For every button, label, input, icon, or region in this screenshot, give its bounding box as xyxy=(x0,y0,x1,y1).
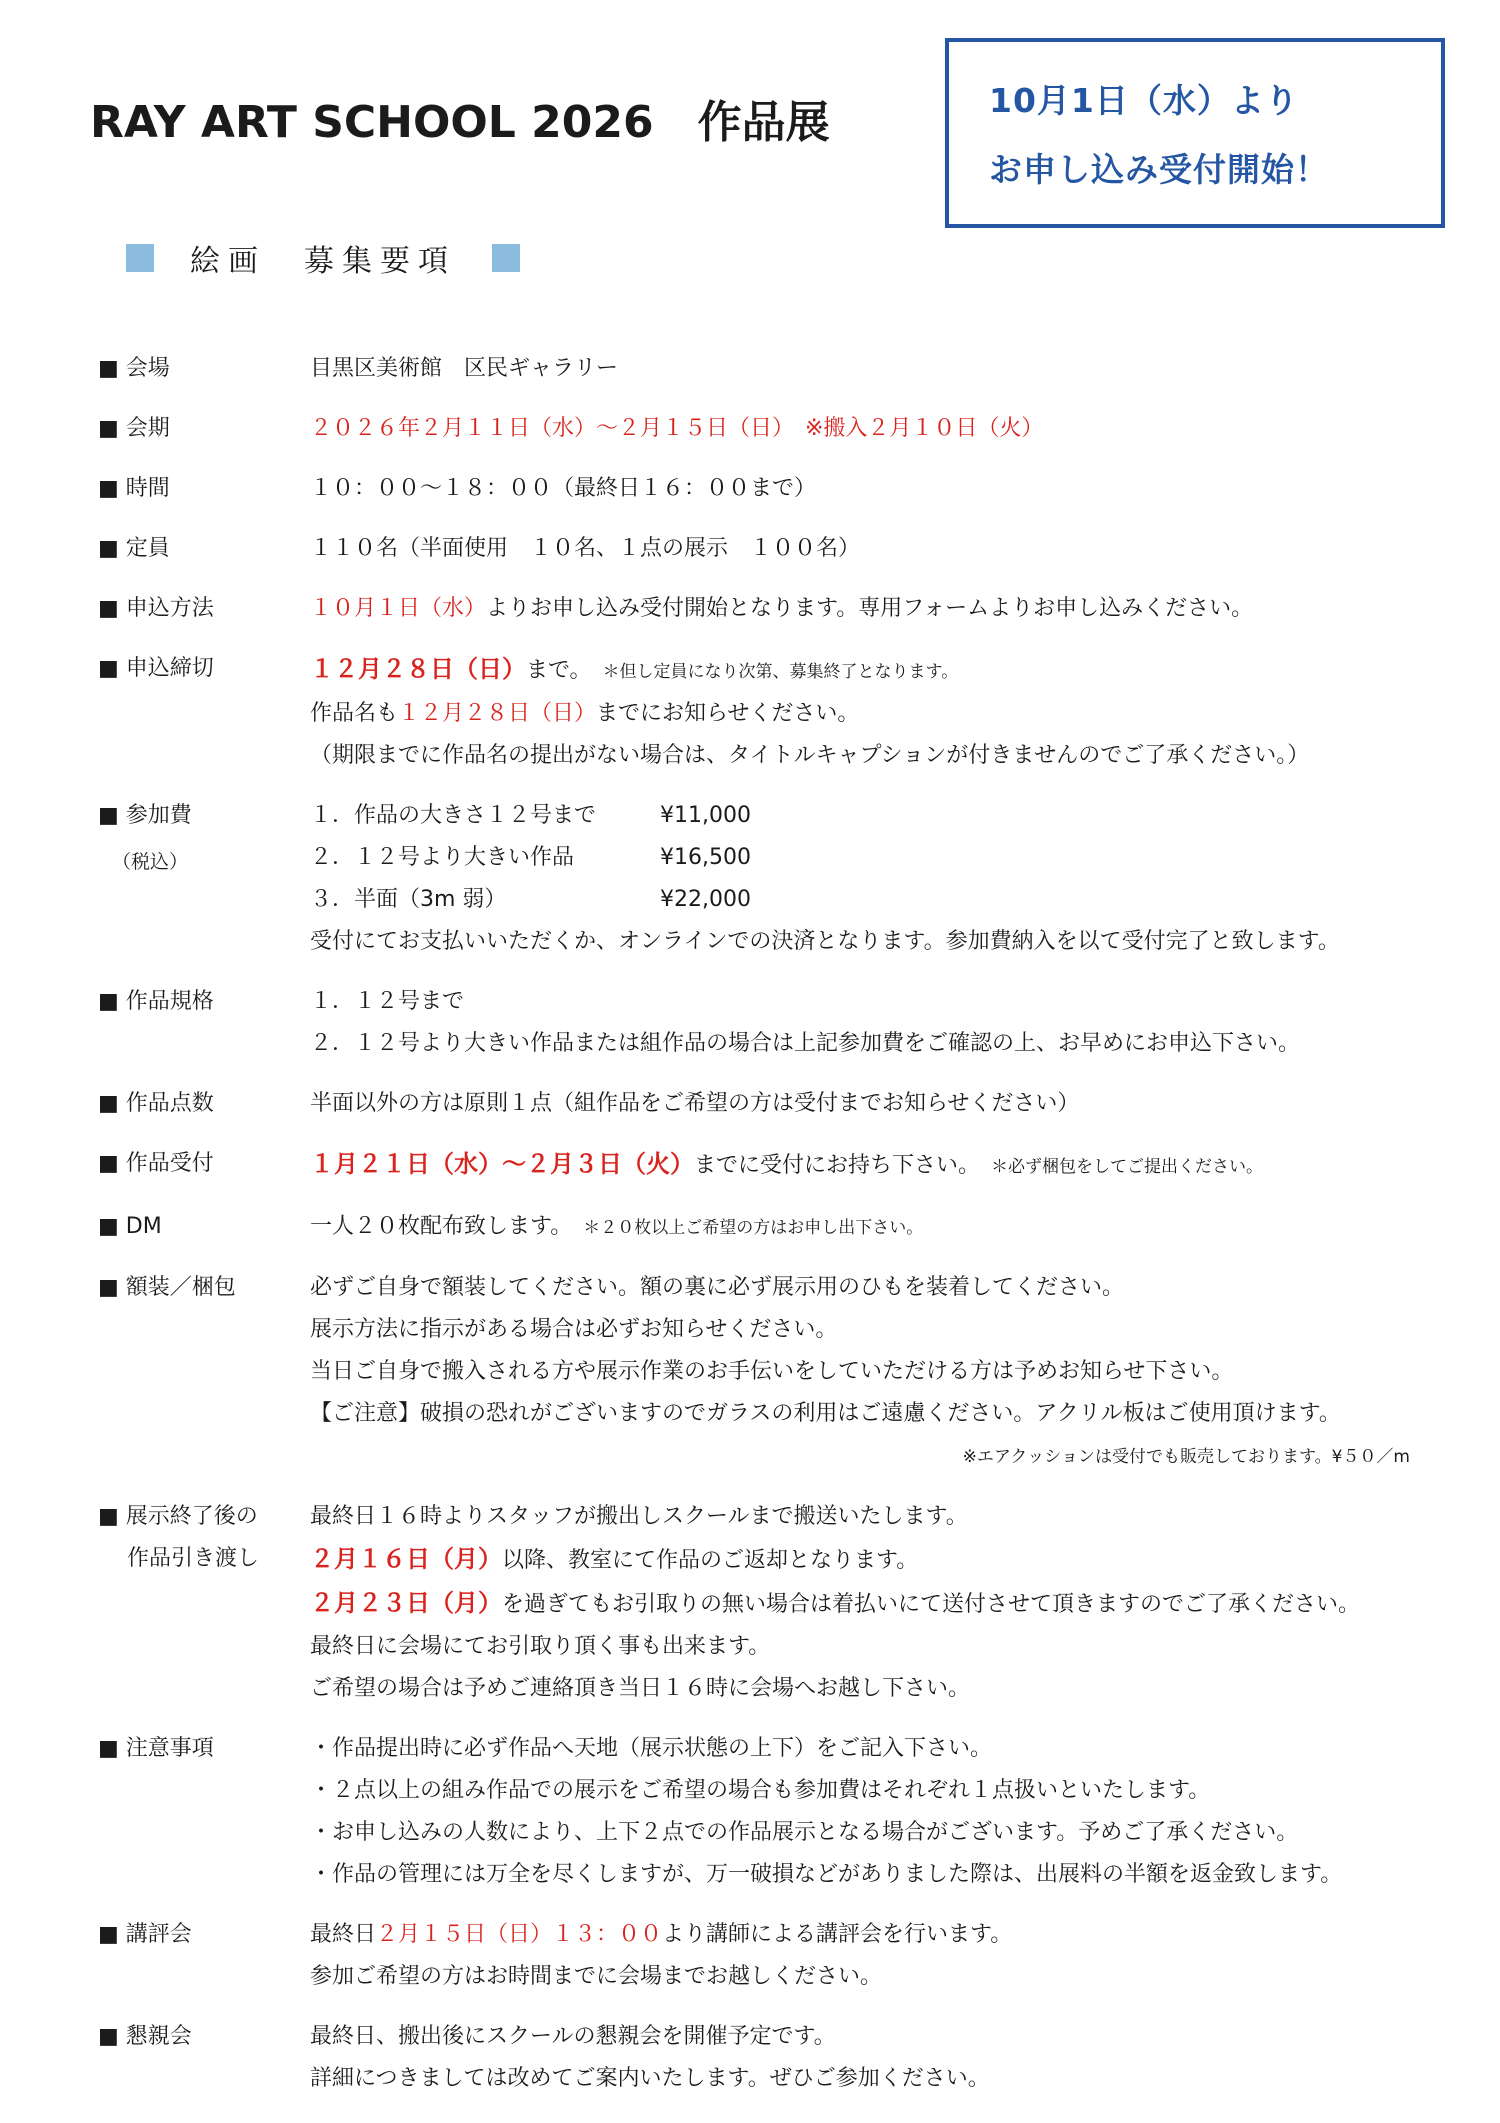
guideline-row: ■ 申込方法１０月１日（水）よりお申し込み受付開始となります。専用フォームよりお… xyxy=(90,594,1410,636)
notice-box-line-1: 10月1日（水）より xyxy=(989,75,1441,122)
row-sublabel: （税込） xyxy=(98,847,310,874)
guideline-row: ■ 額装／梱包必ずご自身で額装してください。額の裏に必ず展示用のひもを装着してく… xyxy=(90,1273,1410,1484)
row-label-line: ■ 会期 xyxy=(98,414,310,444)
row-content: １１０名（半面使用 １０名、１点の展示 １００名） xyxy=(310,534,1410,576)
text-segment: を過ぎてもお引取りの無い場合は着払いにて送付させて頂きますのでご了承ください。 xyxy=(502,1592,1360,1617)
row-content: ２０２６年２月１１日（水）～２月１５日（日） ※搬入２月１０日（火） xyxy=(310,414,1410,456)
guideline-row: ■ 作品規格１．１２号まで２．１２号より大きい作品または組作品の場合は上記参加費… xyxy=(90,987,1410,1071)
text-segment: 最終日、搬出後にスクールの懇親会を開催予定です。 xyxy=(310,2024,836,2049)
row-label: ■ 作品規格 xyxy=(98,987,310,1071)
content-line: １１０名（半面使用 １０名、１点の展示 １００名） xyxy=(310,534,1410,564)
guideline-row: ■ 講評会最終日２月１５日（日）１３：００より講師による講評会を行います。参加ご… xyxy=(90,1920,1410,2004)
text-segment: 作品名も xyxy=(310,701,398,726)
row-label-line: ■ 時間 xyxy=(98,474,310,504)
text-segment: ２月１５日（日）１３：００ xyxy=(376,1922,662,1947)
text-segment: １月２１日（水）～２月３日（火） xyxy=(310,1150,694,1178)
document-page: RAY ART SCHOOL 2026 作品展 10月1日（水）より お申し込み… xyxy=(0,0,1500,2123)
text-segment: 詳細につきましては改めてご案内いたします。ぜひご参加ください。 xyxy=(310,2066,990,2091)
text-segment: 受付にてお支払いいただくか、オンラインでの決済となります。参加費納入を以て受付完… xyxy=(310,929,1340,954)
row-label-line: 作品引き渡し xyxy=(98,1544,310,1574)
guideline-row: ■ 会場目黒区美術館 区民ギャラリー xyxy=(90,354,1410,396)
row-label-line: ■ 注意事項 xyxy=(98,1734,310,1764)
row-label: ■ 額装／梱包 xyxy=(98,1273,310,1484)
text-segment: （期限までに作品名の提出がない場合は、タイトルキャプションが付きませんのでご了承… xyxy=(310,743,1309,768)
content-line: 最終日１６時よりスタッフが搬出しスクールまで搬送いたします。 xyxy=(310,1502,1410,1532)
row-label: ■ 申込方法 xyxy=(98,594,310,636)
content-line: １０：００～１８：００（最終日１６：００まで） xyxy=(310,474,1410,504)
row-content: １月２１日（水）～２月３日（火）までに受付にお持ち下さい。 ＊必ず梱包をしてご提… xyxy=(310,1149,1410,1194)
text-segment: 目黒区美術館 区民ギャラリー xyxy=(310,356,618,381)
section-heading-label: 絵画 募集要項 xyxy=(190,236,456,280)
content-line: ２．１２号より大きい作品¥16,500 xyxy=(310,843,1410,873)
content-line: 必ずご自身で額装してください。額の裏に必ず展示用のひもを装着してください。 xyxy=(310,1273,1410,1303)
text-segment: ・作品の管理には万全を尽くしますが、万一破損などがありました際は、出展料の半額を… xyxy=(310,1862,1342,1887)
content-line: １．１２号まで xyxy=(310,987,1410,1017)
row-label-line: ■ 申込締切 xyxy=(98,654,310,684)
text-segment: 当日ご自身で搬入される方や展示作業のお手伝いをしていただける方は予めお知らせ下さ… xyxy=(310,1359,1233,1384)
text-segment: ２月２３日（月） xyxy=(310,1589,502,1617)
notice-box: 10月1日（水）より お申し込み受付開始！ xyxy=(945,38,1445,228)
row-label: ■ 注意事項 xyxy=(98,1734,310,1902)
text-segment: １．１２号まで xyxy=(310,989,464,1014)
heading-square-icon xyxy=(126,244,154,272)
text-segment: １２月２８日（日） xyxy=(398,701,596,726)
content-line: １月２１日（水）～２月３日（火）までに受付にお持ち下さい。 ＊必ず梱包をしてご提… xyxy=(310,1149,1410,1182)
content-line: ・お申し込みの人数により、上下２点での作品展示となる場合がございます。予めご了承… xyxy=(310,1818,1410,1848)
row-label: ■ 申込締切 xyxy=(98,654,310,783)
guideline-row: ■ 参加費（税込）１．作品の大きさ１２号まで¥11,000２．１２号より大きい作… xyxy=(90,801,1410,969)
guideline-row: ■ 時間１０：００～１８：００（最終日１６：００まで） xyxy=(90,474,1410,516)
row-label-line: ■ 申込方法 xyxy=(98,594,310,624)
content-line: 最終日、搬出後にスクールの懇親会を開催予定です。 xyxy=(310,2022,1410,2052)
row-content: １２月２８日（日）まで。 ＊但し定員になり次第、募集終了となります。作品名も１２… xyxy=(310,654,1410,783)
text-segment: ＊必ず梱包をしてご提出ください。 xyxy=(991,1157,1263,1177)
text-segment: １．作品の大きさ１２号まで xyxy=(310,801,660,831)
text-segment: 必ずご自身で額装してください。額の裏に必ず展示用のひもを装着してください。 xyxy=(310,1275,1124,1300)
notice-box-line-2: お申し込み受付開始！ xyxy=(989,144,1441,191)
row-label-line: ■ 作品受付 xyxy=(98,1149,310,1179)
row-label: ■ 展示終了後の 作品引き渡し xyxy=(98,1502,310,1716)
row-label-line: ■ 作品点数 xyxy=(98,1089,310,1119)
content-line: 目黒区美術館 区民ギャラリー xyxy=(310,354,1410,384)
text-segment: ＊２０枚以上ご希望の方はお申し出下さい。 xyxy=(583,1218,923,1238)
content-line: ２０２６年２月１１日（水）～２月１５日（日） ※搬入２月１０日（火） xyxy=(310,414,1410,444)
text-segment: ¥16,500 xyxy=(660,845,751,870)
row-label: ■ 作品受付 xyxy=(98,1149,310,1194)
content-line: 半面以外の方は原則１点（組作品をご希望の方は受付までお知らせください） xyxy=(310,1089,1410,1119)
content-line: ・作品提出時に必ず作品へ天地（展示状態の上下）をご記入下さい。 xyxy=(310,1734,1410,1764)
row-content: 目黒区美術館 区民ギャラリー xyxy=(310,354,1410,396)
text-segment: 参加ご希望の方はお時間までに会場までお越しください。 xyxy=(310,1964,882,1989)
content-line: １２月２８日（日）まで。 ＊但し定員になり次第、募集終了となります。 xyxy=(310,654,1410,687)
row-label-line: ■ 展示終了後の xyxy=(98,1502,310,1532)
text-segment: １２月２８日（日） xyxy=(310,655,526,683)
text-segment: ¥11,000 xyxy=(660,803,751,828)
row-label-line: ■ 額装／梱包 xyxy=(98,1273,310,1303)
text-segment: 展示方法に指示がある場合は必ずお知らせください。 xyxy=(310,1317,837,1342)
guideline-row: ■ 展示終了後の 作品引き渡し最終日１６時よりスタッフが搬出しスクールまで搬送い… xyxy=(90,1502,1410,1716)
row-content: 最終日２月１５日（日）１３：００より講師による講評会を行います。参加ご希望の方は… xyxy=(310,1920,1410,2004)
content-line: 【ご注意】破損の恐れがございますのでガラスの利用はご遠慮ください。アクリル板はご… xyxy=(310,1399,1410,1429)
content-line: 作品名も１２月２８日（日）までにお知らせください。 xyxy=(310,699,1410,729)
row-content: ・作品提出時に必ず作品へ天地（展示状態の上下）をご記入下さい。・２点以上の組み作… xyxy=(310,1734,1410,1902)
text-segment: ２月１６日（月） xyxy=(310,1545,502,1573)
content-line: ・２点以上の組み作品での展示をご希望の場合も参加費はそれぞれ１点扱いといたします… xyxy=(310,1776,1410,1806)
content-line: ご希望の場合は予めご連絡頂き当日１６時に会場へお越し下さい。 xyxy=(310,1674,1410,1704)
guideline-row: ■ 注意事項・作品提出時に必ず作品へ天地（展示状態の上下）をご記入下さい。・２点… xyxy=(90,1734,1410,1902)
row-label-line: ■ 作品規格 xyxy=(98,987,310,1017)
row-label-line: ■ 会場 xyxy=(98,354,310,384)
text-segment: ・２点以上の組み作品での展示をご希望の場合も参加費はそれぞれ１点扱いといたします… xyxy=(310,1778,1210,1803)
row-label: ■ 作品点数 xyxy=(98,1089,310,1131)
text-segment: ご希望の場合は予めご連絡頂き当日１６時に会場へお越し下さい。 xyxy=(310,1676,970,1701)
text-segment: 一人２０枚配布致します。 xyxy=(310,1214,583,1239)
text-segment: より講師による講評会を行います。 xyxy=(662,1922,1012,1947)
content-line: ※エアクッションは受付でも販売しております。¥５０／m xyxy=(310,1441,1410,1472)
content-line: 最終日に会場にてお引取り頂く事も出来ます。 xyxy=(310,1632,1410,1662)
content-line: ３．半面（3m 弱）¥22,000 xyxy=(310,885,1410,915)
text-segment: ３．半面（3m 弱） xyxy=(310,885,660,915)
guideline-rows: ■ 会場目黒区美術館 区民ギャラリー■ 会期２０２６年２月１１日（水）～２月１５… xyxy=(90,354,1410,2106)
text-segment: までにお知らせください。 xyxy=(596,701,859,726)
guideline-row: ■ 会期２０２６年２月１１日（水）～２月１５日（日） ※搬入２月１０日（火） xyxy=(90,414,1410,456)
heading-square-icon xyxy=(492,244,520,272)
text-segment: 最終日に会場にてお引取り頂く事も出来ます。 xyxy=(310,1634,770,1659)
guideline-row: ■ 作品受付１月２１日（水）～２月３日（火）までに受付にお持ち下さい。 ＊必ず梱… xyxy=(90,1149,1410,1194)
text-segment: よりお申し込み受付開始となります。専用フォームよりお申し込みください。 xyxy=(486,596,1253,621)
row-label: ■ DM xyxy=(98,1212,310,1255)
content-line: 当日ご自身で搬入される方や展示作業のお手伝いをしていただける方は予めお知らせ下さ… xyxy=(310,1357,1410,1387)
content-line: １０月１日（水）よりお申し込み受付開始となります。専用フォームよりお申し込みくだ… xyxy=(310,594,1410,624)
content-line: ・作品の管理には万全を尽くしますが、万一破損などがありました際は、出展料の半額を… xyxy=(310,1860,1410,1890)
row-label: ■ 会場 xyxy=(98,354,310,396)
text-segment: １０：００～１８：００（最終日１６：００まで） xyxy=(310,476,816,501)
text-segment: まで。 xyxy=(526,658,603,683)
row-content: １０月１日（水）よりお申し込み受付開始となります。専用フォームよりお申し込みくだ… xyxy=(310,594,1410,636)
content-line: （期限までに作品名の提出がない場合は、タイトルキャプションが付きませんのでご了承… xyxy=(310,741,1410,771)
row-content: 最終日１６時よりスタッフが搬出しスクールまで搬送いたします。２月１６日（月）以降… xyxy=(310,1502,1410,1716)
text-segment: ２．１２号より大きい作品 xyxy=(310,843,660,873)
guideline-row: ■ 懇親会最終日、搬出後にスクールの懇親会を開催予定です。詳細につきましては改め… xyxy=(90,2022,1410,2106)
row-label: ■ 時間 xyxy=(98,474,310,516)
text-segment: ・作品提出時に必ず作品へ天地（展示状態の上下）をご記入下さい。 xyxy=(310,1736,992,1761)
text-segment: １０月１日（水） xyxy=(310,596,486,621)
row-label: ■ 定員 xyxy=(98,534,310,576)
text-segment: 最終日１６時よりスタッフが搬出しスクールまで搬送いたします。 xyxy=(310,1504,968,1529)
content-line: 受付にてお支払いいただくか、オンラインでの決済となります。参加費納入を以て受付完… xyxy=(310,927,1410,957)
row-label: ■ 講評会 xyxy=(98,1920,310,2004)
text-segment: ＊但し定員になり次第、募集終了となります。 xyxy=(603,662,959,682)
row-label-line: ■ 懇親会 xyxy=(98,2022,310,2052)
row-label-line: ■ 定員 xyxy=(98,534,310,564)
content-line: ２月２３日（月）を過ぎてもお引取りの無い場合は着払いにて送付させて頂きますのでご… xyxy=(310,1588,1410,1620)
text-segment: ２０２６年２月１１日（水）～２月１５日（日） ※搬入２月１０日（火） xyxy=(310,416,1043,441)
row-label: ■ 懇親会 xyxy=(98,2022,310,2106)
text-segment: ※エアクッションは受付でも販売しております。¥５０／m xyxy=(963,1447,1410,1467)
content-line: 一人２０枚配布致します。 ＊２０枚以上ご希望の方はお申し出下さい。 xyxy=(310,1212,1410,1243)
row-label: ■ 参加費（税込） xyxy=(98,801,310,969)
content-line: ２月１６日（月）以降、教室にて作品のご返却となります。 xyxy=(310,1544,1410,1576)
row-content: 必ずご自身で額装してください。額の裏に必ず展示用のひもを装着してください。展示方… xyxy=(310,1273,1410,1484)
guideline-row: ■ 定員１１０名（半面使用 １０名、１点の展示 １００名） xyxy=(90,534,1410,576)
guideline-row: ■ 申込締切１２月２８日（日）まで。 ＊但し定員になり次第、募集終了となります。… xyxy=(90,654,1410,783)
row-label-line: ■ DM xyxy=(98,1212,310,1242)
content-line: 最終日２月１５日（日）１３：００より講師による講評会を行います。 xyxy=(310,1920,1410,1950)
row-label-line: ■ 講評会 xyxy=(98,1920,310,1950)
content-line: 参加ご希望の方はお時間までに会場までお越しください。 xyxy=(310,1962,1410,1992)
row-content: 最終日、搬出後にスクールの懇親会を開催予定です。詳細につきましては改めてご案内い… xyxy=(310,2022,1410,2106)
content-line: 詳細につきましては改めてご案内いたします。ぜひご参加ください。 xyxy=(310,2064,1410,2094)
text-segment: ２．１２号より大きい作品または組作品の場合は上記参加費をご確認の上、お早めにお申… xyxy=(310,1031,1300,1056)
section-heading: 絵画 募集要項 xyxy=(90,236,1410,280)
row-label: ■ 会期 xyxy=(98,414,310,456)
text-segment: ¥22,000 xyxy=(660,887,751,912)
row-label-line: ■ 参加費 xyxy=(98,801,310,831)
content-line: ２．１２号より大きい作品または組作品の場合は上記参加費をご確認の上、お早めにお申… xyxy=(310,1029,1410,1059)
row-content: 半面以外の方は原則１点（組作品をご希望の方は受付までお知らせください） xyxy=(310,1089,1410,1131)
row-content: １．作品の大きさ１２号まで¥11,000２．１２号より大きい作品¥16,500３… xyxy=(310,801,1410,969)
row-content: １．１２号まで２．１２号より大きい作品または組作品の場合は上記参加費をご確認の上… xyxy=(310,987,1410,1071)
content-line: １．作品の大きさ１２号まで¥11,000 xyxy=(310,801,1410,831)
text-segment: ・お申し込みの人数により、上下２点での作品展示となる場合がございます。予めご了承… xyxy=(310,1820,1298,1845)
row-content: 一人２０枚配布致します。 ＊２０枚以上ご希望の方はお申し出下さい。 xyxy=(310,1212,1410,1255)
text-segment: までに受付にお持ち下さい。 xyxy=(694,1153,991,1178)
guideline-row: ■ DM一人２０枚配布致します。 ＊２０枚以上ご希望の方はお申し出下さい。 xyxy=(90,1212,1410,1255)
row-content: １０：００～１８：００（最終日１６：００まで） xyxy=(310,474,1410,516)
text-segment: 半面以外の方は原則１点（組作品をご希望の方は受付までお知らせください） xyxy=(310,1091,1079,1116)
text-segment: １１０名（半面使用 １０名、１点の展示 １００名） xyxy=(310,536,860,561)
text-segment: 以降、教室にて作品のご返却となります。 xyxy=(502,1548,918,1573)
content-line: 展示方法に指示がある場合は必ずお知らせください。 xyxy=(310,1315,1410,1345)
text-segment: 【ご注意】破損の恐れがございますのでガラスの利用はご遠慮ください。アクリル板はご… xyxy=(310,1401,1341,1426)
guideline-row: ■ 作品点数半面以外の方は原則１点（組作品をご希望の方は受付までお知らせください… xyxy=(90,1089,1410,1131)
text-segment: 最終日 xyxy=(310,1922,376,1947)
